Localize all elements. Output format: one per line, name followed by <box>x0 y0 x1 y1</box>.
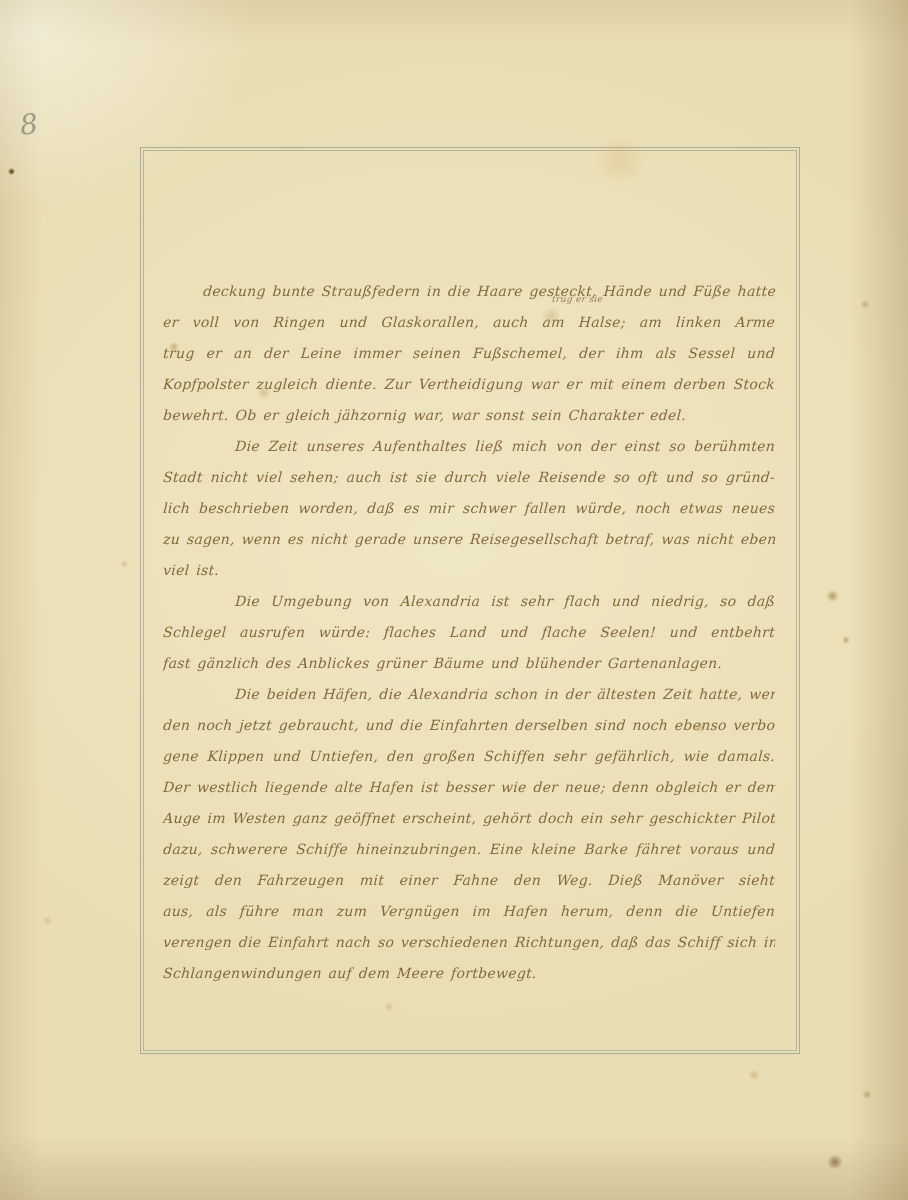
manuscript-line: dazu, schwerere Schiffe hineinzubringen.… <box>162 835 776 866</box>
manuscript-line: Die Umgebung von Alexandria ist sehr fla… <box>162 587 776 618</box>
foxing-spot <box>860 300 870 309</box>
manuscript-line: gene Klippen und Untiefen, den großen Sc… <box>162 742 776 773</box>
manuscript-line: den noch jetzt gebraucht, und die Einfah… <box>162 711 776 742</box>
manuscript-line: bewehrt. Ob er gleich jähzornig war, war… <box>162 401 776 432</box>
manuscript-line: Stadt nicht viel sehen; auch ist sie dur… <box>162 463 776 494</box>
foxing-spot <box>827 1155 843 1169</box>
manuscript-line: Kopfpolster zugleich diente. Zur Verthei… <box>162 370 776 401</box>
manuscript-line: deckung bunte Straußfedern in die Haare … <box>162 277 776 308</box>
manuscript-line: verengen die Einfahrt nach so verschiede… <box>162 928 776 959</box>
manuscript-line: viel ist. <box>162 556 776 587</box>
manuscript-line: Die beiden Häfen, die Alexandria schon i… <box>162 680 776 711</box>
manuscript-line: fast gänzlich des Anblickes grüner Bäume… <box>162 649 776 680</box>
manuscript-line: Schlangenwindungen auf dem Meere fortbew… <box>162 959 776 990</box>
page-number: 8 <box>18 107 39 142</box>
foxing-spot <box>842 636 850 644</box>
manuscript-line: aus, als führe man zum Vergnügen im Hafe… <box>162 897 776 928</box>
foxing-spot <box>826 590 839 602</box>
manuscript-line: er voll von Ringen und Glaskorallen, auc… <box>162 308 776 339</box>
album-page-background: 8 trug er sie deckung bunte Straußfedern… <box>0 0 908 1200</box>
manuscript-line: Die Zeit unseres Aufenthaltes ließ mich … <box>162 432 776 463</box>
foxing-spot <box>120 560 129 568</box>
manuscript-line: Auge im Westen ganz geöffnet erscheint, … <box>162 804 776 835</box>
manuscript-line: trug er an der Leine immer seinen Fußsch… <box>162 339 776 370</box>
manuscript-line: zu sagen, wenn es nicht gerade unsere Re… <box>162 525 776 556</box>
manuscript-line: Der westlich liegende alte Hafen ist bes… <box>162 773 776 804</box>
foxing-spot <box>748 1070 760 1080</box>
manuscript-text-block: trug er sie deckung bunte Straußfedern i… <box>162 277 774 990</box>
manuscript-line: zeigt den Fahrzeugen mit einer Fahne den… <box>162 866 776 897</box>
foxing-spot <box>42 916 53 925</box>
manuscript-line: lich beschrieben worden, daß es mir schw… <box>162 494 776 525</box>
manuscript-line: Schlegel ausrufen würde: flaches Land un… <box>162 618 776 649</box>
foxing-spot <box>8 168 15 175</box>
foxing-spot <box>862 1090 872 1099</box>
